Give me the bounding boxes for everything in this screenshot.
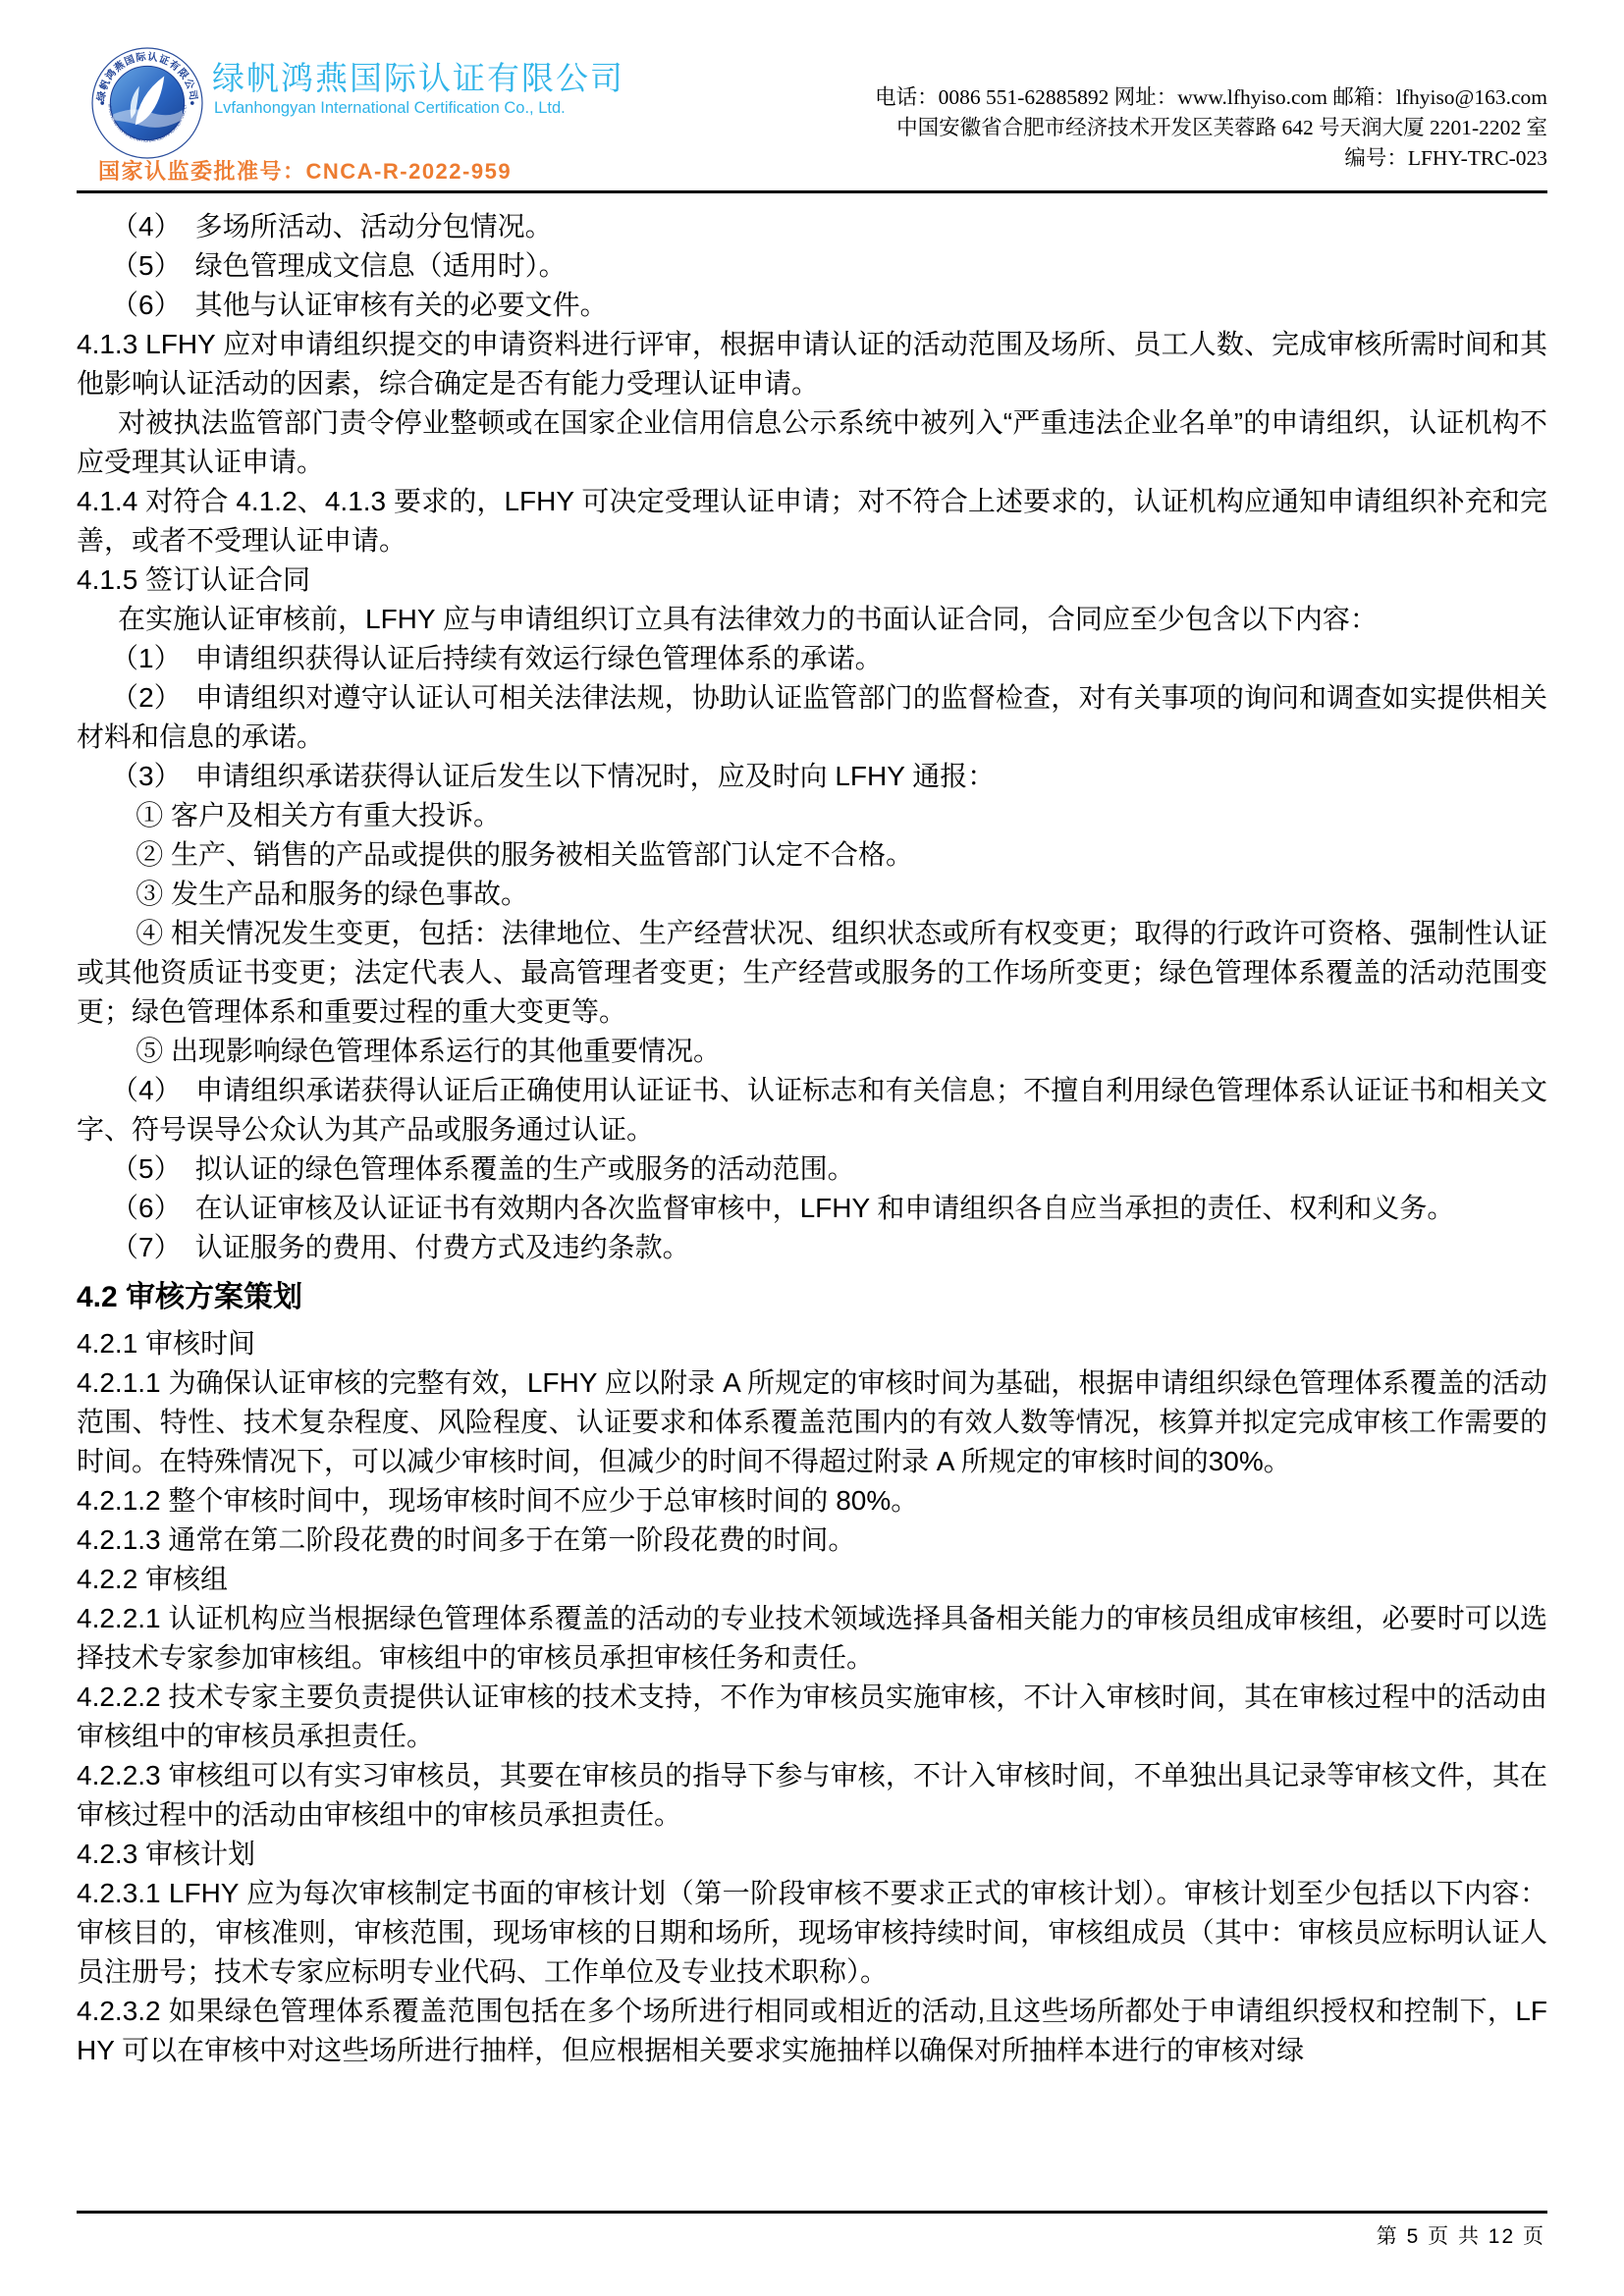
paragraph: 4.2.1.3 通常在第二阶段花费的时间多于在第一阶段花费的时间。: [77, 1521, 1547, 1560]
paragraph: （5） 绿色管理成文信息（适用时）。: [77, 246, 1547, 286]
page-number: 第 5 页 共 12 页: [1377, 2225, 1545, 2248]
paragraph: ② 生产、销售的产品或提供的服务被相关监管部门认定不合格。: [77, 835, 1547, 875]
header-contact-block: 电话：0086 551-62885892 网址：www.lfhyiso.com …: [875, 82, 1547, 174]
header-divider: [77, 190, 1547, 193]
paragraph: （2） 申请组织对遵守认证认可相关法律法规，协助认证监管部门的监督检查，对有关事…: [77, 678, 1547, 757]
paragraph: 4.1.5 签订认证合同: [77, 561, 1547, 600]
paragraph: （6） 在认证审核及认证证书有效期内各次监督审核中，LFHY 和申请组织各自应当…: [77, 1189, 1547, 1228]
paragraph: （4） 多场所活动、活动分包情况。: [77, 207, 1547, 246]
paragraph: 4.2.3.2 如果绿色管理体系覆盖范围包括在多个场所进行相同或相近的活动,且这…: [77, 1992, 1547, 2070]
address-line: 中国安徽省合肥市经济技术开发区芙蓉路 642 号天润大厦 2201-2202 室: [875, 113, 1547, 143]
paragraph: ⑤ 出现影响绿色管理体系运行的其他重要情况。: [77, 1032, 1547, 1071]
paragraph: （5） 拟认证的绿色管理体系覆盖的生产或服务的活动范围。: [77, 1149, 1547, 1189]
paragraph: 4.1.4 对符合 4.1.2、4.1.3 要求的，LFHY 可决定受理认证申请…: [77, 482, 1547, 561]
paragraph: ③ 发生产品和服务的绿色事故。: [77, 875, 1547, 914]
paragraph: 4.2.1.1 为确保认证审核的完整有效，LFHY 应以附录 A 所规定的审核时…: [77, 1363, 1547, 1481]
paragraph: 4.2.2 审核组: [77, 1560, 1547, 1599]
company-name-cn: 绿帆鸿燕国际认证有限公司: [212, 53, 624, 99]
footer-divider: [77, 2211, 1547, 2214]
paragraph: （4） 申请组织承诺获得认证后正确使用认证证书、认证标志和有关信息；不擅自利用绿…: [77, 1071, 1547, 1149]
paragraph: （3） 申请组织承诺获得认证后发生以下情况时，应及时向 LFHY 通报：: [77, 757, 1547, 796]
paragraph: 对被执法监管部门责令停业整顿或在国家企业信用信息公示系统中被列入“严重违法企业名…: [77, 403, 1547, 482]
paragraph: ④ 相关情况发生变更，包括：法律地位、生产经营状况、组织状态或所有权变更；取得的…: [77, 914, 1547, 1032]
company-logo-icon: 绿帆鸿燕国际认证有限公司 LVFANHONGYAN INTERNATIONAL …: [91, 47, 203, 159]
paragraph: 4.2.2.2 技术专家主要负责提供认证审核的技术支持，不作为审核员实施审核，不…: [77, 1678, 1547, 1756]
paragraph: 4.2.3 审核计划: [77, 1835, 1547, 1874]
paragraph: 4.2.3.1 LFHY 应为每次审核制定书面的审核计划（第一阶段审核不要求正式…: [77, 1874, 1547, 1992]
paragraph: ① 客户及相关方有重大投诉。: [77, 796, 1547, 835]
paragraph: （1） 申请组织获得认证后持续有效运行绿色管理体系的承诺。: [77, 639, 1547, 678]
paragraph: 4.1.3 LFHY 应对申请组织提交的申请资料进行评审，根据申请认证的活动范围…: [77, 325, 1547, 403]
section-heading: 4.2 审核方案策划: [77, 1277, 1547, 1318]
paragraph: 4.2.2.1 认证机构应当根据绿色管理体系覆盖的活动的专业技术领域选择具备相关…: [77, 1599, 1547, 1678]
approval-number: 国家认监委批准号：CNCA-R-2022-959: [98, 155, 512, 186]
doc-number: 编号：LFHY-TRC-023: [875, 143, 1547, 174]
contact-line: 电话：0086 551-62885892 网址：www.lfhyiso.com …: [875, 82, 1547, 113]
page-footer: 第 5 页 共 12 页: [1377, 2220, 1545, 2250]
paragraph: 4.2.2.3 审核组可以有实习审核员，其要在审核员的指导下参与审核，不计入审核…: [77, 1756, 1547, 1835]
paragraph: 4.2.1.2 整个审核时间中，现场审核时间不应少于总审核时间的 80%。: [77, 1481, 1547, 1521]
paragraph: （6） 其他与认证审核有关的必要文件。: [77, 286, 1547, 325]
paragraph: 4.2.1 审核时间: [77, 1324, 1547, 1363]
paragraph: （7） 认证服务的费用、付费方式及违约条款。: [77, 1228, 1547, 1267]
company-logo: 绿帆鸿燕国际认证有限公司 LVFANHONGYAN INTERNATIONAL …: [91, 47, 203, 159]
document-body: （4） 多场所活动、活动分包情况。（5） 绿色管理成文信息（适用时）。（6） 其…: [77, 207, 1547, 2070]
company-name-en: Lvfanhongyan International Certification…: [214, 99, 566, 118]
document-page: 绿帆鸿燕国际认证有限公司 LVFANHONGYAN INTERNATIONAL …: [0, 0, 1624, 2296]
paragraph: 在实施认证审核前，LFHY 应与申请组织订立具有法律效力的书面认证合同，合同应至…: [77, 600, 1547, 639]
